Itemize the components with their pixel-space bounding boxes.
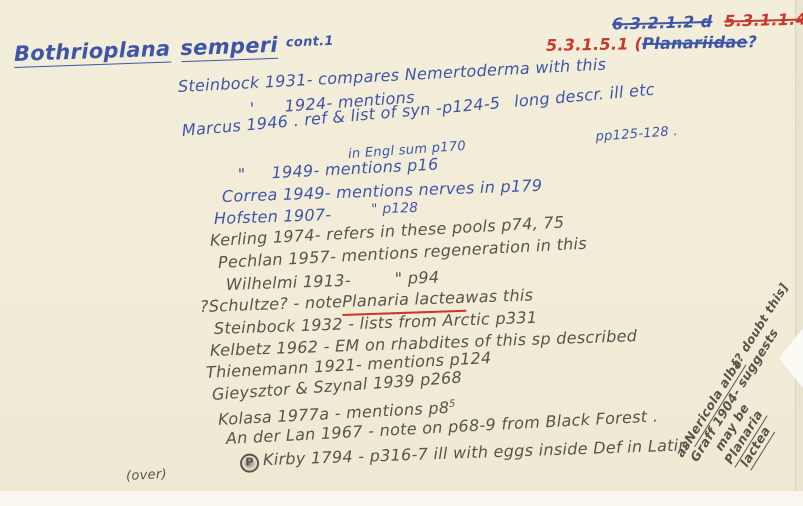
card-bottom-edge: [0, 491, 803, 506]
text-segment: 5.3.1.1.4: [724, 9, 803, 30]
text-segment: 6.3.2.1.2 d: [612, 12, 713, 34]
text-segment: " p128: [371, 197, 419, 221]
text-segment: ": [237, 164, 246, 186]
handwritten-notes: Steinbock 1931- compares Nemertoderma wi…: [0, 76, 803, 472]
text-segment: cont.1: [286, 34, 334, 51]
text-segment: semperi: [180, 33, 278, 62]
circled-p-icon: P: [240, 453, 260, 473]
text-segment: " p94: [394, 267, 439, 291]
text-segment: Bothrioplana: [14, 37, 171, 68]
text-segment: 5: [449, 394, 457, 416]
text-segment: was this: [465, 284, 534, 308]
over-label: (over): [126, 467, 168, 484]
